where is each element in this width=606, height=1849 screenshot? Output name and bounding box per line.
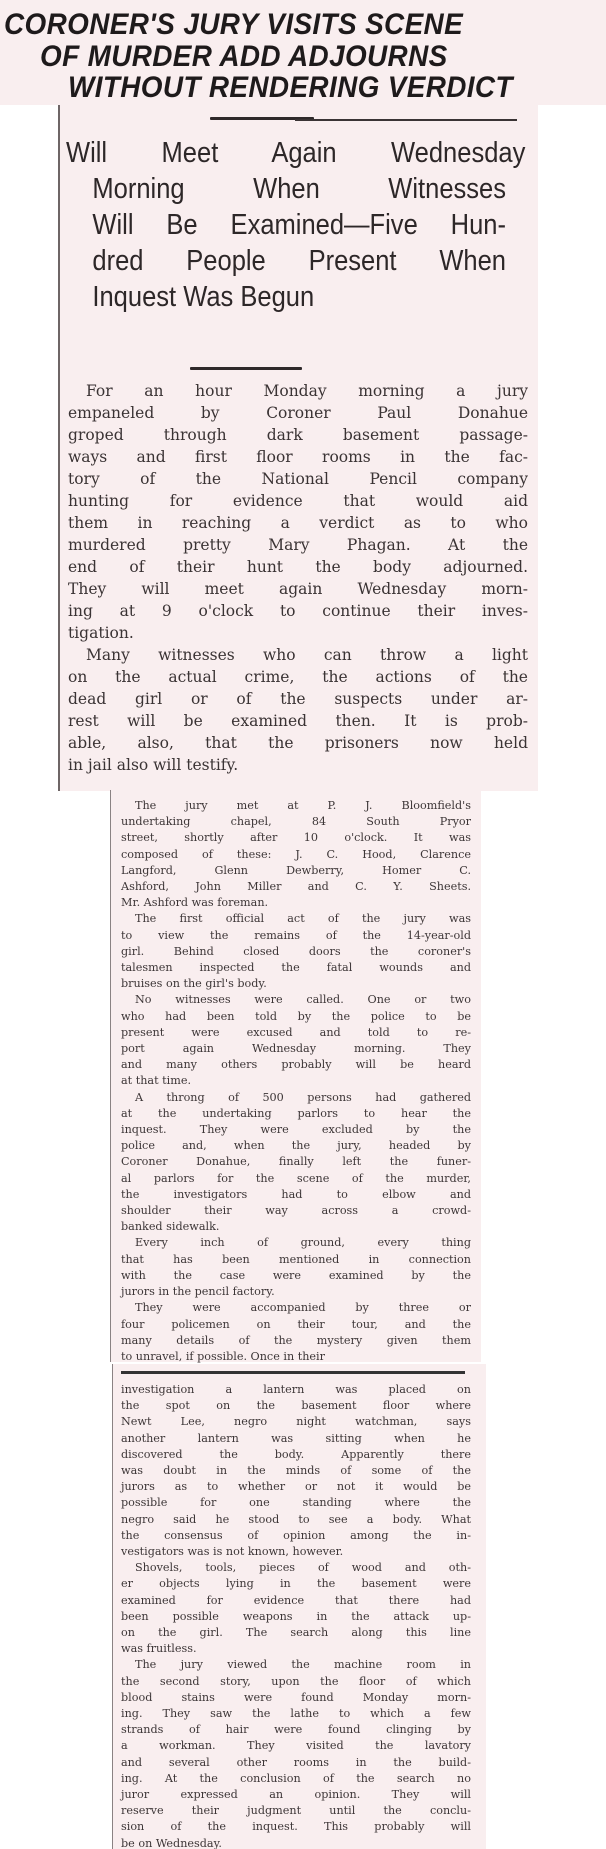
text-line: bruises on the girl's body. bbox=[121, 976, 471, 992]
text-line: The jury viewed the machine room in bbox=[121, 1657, 471, 1673]
text-line: in jail also will testify. bbox=[68, 754, 528, 776]
text-line: the spot on the basement floor where bbox=[121, 1398, 471, 1414]
text-line: ing. At the conclusion of the search no bbox=[121, 1771, 471, 1787]
text-line: negro said he stood to see a body. What bbox=[121, 1512, 471, 1528]
text-line: on the actual crime, the actions of the bbox=[68, 666, 528, 688]
text-line: banked sidewalk. bbox=[121, 1219, 471, 1235]
text-line: juror expressed an opinion. They will bbox=[121, 1787, 471, 1803]
text-line: jurors as to whether or not it would be bbox=[121, 1479, 471, 1495]
text-line: and several other rooms in the build- bbox=[121, 1755, 471, 1771]
text-line: Langford, Glenn Dewberry, Homer C. bbox=[121, 863, 471, 879]
article-paragraph: The jury viewed the machine room inthe s… bbox=[121, 1657, 471, 1849]
text-line: composed of these: J. C. Hood, Clarence bbox=[121, 847, 471, 863]
text-line: who had been told by the police to be bbox=[121, 1009, 471, 1025]
text-line: jurors in the pencil factory. bbox=[121, 1284, 471, 1300]
text-line: many details of the mystery given them bbox=[121, 1333, 471, 1349]
subheadline-deck: Will Meet Again Wednesday Morning When W… bbox=[66, 135, 526, 315]
deck-line: dred People Present When bbox=[66, 243, 506, 279]
text-line: four policemen on their tour, and the bbox=[121, 1317, 471, 1333]
text-line: Ashford, John Miller and C. Y. Sheets. bbox=[121, 879, 471, 895]
article-body-continued: The jury met at P. J. Bloomfield'sundert… bbox=[121, 798, 471, 1365]
column-rule bbox=[121, 1371, 465, 1374]
text-line: tory of the National Pencil company bbox=[68, 468, 528, 490]
text-line: discovered the body. Apparently there bbox=[121, 1447, 471, 1463]
article-paragraph: Many witnesses who can throw a lighton t… bbox=[68, 644, 528, 776]
text-line: They will meet again Wednesday morn- bbox=[68, 578, 528, 600]
text-line: The first official act of the jury was bbox=[121, 911, 471, 927]
text-line: sion of the inquest. This probably will bbox=[121, 1819, 471, 1835]
text-line: end of their hunt the body adjourned. bbox=[68, 556, 528, 578]
text-line: police and, when the jury, headed by bbox=[121, 1138, 471, 1154]
text-line: another lantern was sitting when he bbox=[121, 1431, 471, 1447]
text-line: investigation a lantern was placed on bbox=[121, 1382, 471, 1398]
text-line: undertaking chapel, 84 South Pryor bbox=[121, 814, 471, 830]
text-line: dead girl or of the suspects under ar- bbox=[68, 688, 528, 710]
text-line: Coroner Donahue, finally left the funer- bbox=[121, 1154, 471, 1170]
text-line: the consensus of opinion among the in- bbox=[121, 1528, 471, 1544]
text-line: was doubt in the minds of some of the bbox=[121, 1463, 471, 1479]
text-line: that has been mentioned in connection bbox=[121, 1252, 471, 1268]
text-line: to view the remains of the 14-year-old bbox=[121, 928, 471, 944]
text-line: ways and first floor rooms in the fac- bbox=[68, 446, 528, 468]
text-line: Every inch of ground, every thing bbox=[121, 1235, 471, 1251]
text-line: be on Wednesday. bbox=[121, 1836, 471, 1849]
column-clipping-3: investigation a lantern was placed onthe… bbox=[112, 1364, 486, 1849]
headline-line: OF MURDER ADD ADJOURNS bbox=[40, 40, 448, 74]
article-paragraph: A throng of 500 persons had gatheredat t… bbox=[121, 1090, 471, 1236]
text-line: rest will be examined then. It is prob- bbox=[68, 710, 528, 732]
article-paragraph: The first official act of the jury wasto… bbox=[121, 911, 471, 992]
article-paragraph: Shovels, tools, pieces of wood and oth-e… bbox=[121, 1560, 471, 1657]
text-line: empaneled by Coroner Paul Donahue bbox=[68, 402, 528, 424]
text-line: reserve their judgment until the conclu- bbox=[121, 1803, 471, 1819]
text-line: al parlors for the scene of the murder, bbox=[121, 1171, 471, 1187]
text-line: inquest. They were excluded by the bbox=[121, 1122, 471, 1138]
article-paragraph: Every inch of ground, every thingthat ha… bbox=[121, 1235, 471, 1300]
text-line: vestigators was is not known, however. bbox=[121, 1544, 471, 1560]
article-paragraph: investigation a lantern was placed onthe… bbox=[121, 1382, 471, 1560]
text-line: on the girl. The search along this line bbox=[121, 1625, 471, 1641]
headline-underline bbox=[295, 119, 517, 121]
lead-clipping: Will Meet Again Wednesday Morning When W… bbox=[58, 105, 538, 791]
text-line: groped through dark basement passage- bbox=[68, 424, 528, 446]
text-line: was fruitless. bbox=[121, 1641, 471, 1657]
article-body-final: investigation a lantern was placed onthe… bbox=[121, 1382, 471, 1849]
text-line: a workman. They visited the lavatory bbox=[121, 1738, 471, 1754]
deck-line: Inquest Was Begun bbox=[66, 279, 506, 315]
article-paragraph: No witnesses were called. One or twowho … bbox=[121, 992, 471, 1089]
column-clipping-2: The jury met at P. J. Bloomfield'sundert… bbox=[110, 790, 481, 1362]
text-line: Mr. Ashford was foreman. bbox=[121, 895, 471, 911]
text-line: port again Wednesday morning. They bbox=[121, 1041, 471, 1057]
text-line: been possible weapons in the attack up- bbox=[121, 1609, 471, 1625]
text-line: The jury met at P. J. Bloomfield's bbox=[121, 798, 471, 814]
text-line: able, also, that the prisoners now held bbox=[68, 732, 528, 754]
divider-rule bbox=[190, 367, 302, 370]
text-line: and many others probably will be heard bbox=[121, 1057, 471, 1073]
article-body-lead: For an hour Monday morning a juryempanel… bbox=[68, 380, 528, 776]
text-line: tigation. bbox=[68, 622, 528, 644]
text-line: the investigators had to elbow and bbox=[121, 1187, 471, 1203]
text-line: No witnesses were called. One or two bbox=[121, 992, 471, 1008]
text-line: A throng of 500 persons had gathered bbox=[121, 1090, 471, 1106]
deck-line: Will Meet Again Wednesday bbox=[66, 135, 525, 171]
text-line: hunting for evidence that would aid bbox=[68, 490, 528, 512]
deck-line: Will Be Examined—Five Hun- bbox=[66, 207, 506, 243]
text-line: examined for evidence that there had bbox=[121, 1593, 471, 1609]
text-line: shoulder their way across a crowd- bbox=[121, 1203, 471, 1219]
text-line: ing at 9 o'clock to continue their inves… bbox=[68, 600, 528, 622]
text-line: at the undertaking parlors to hear the bbox=[121, 1106, 471, 1122]
article-paragraph: The jury met at P. J. Bloomfield'sundert… bbox=[121, 798, 471, 911]
text-line: For an hour Monday morning a jury bbox=[68, 380, 528, 402]
text-line: ing. They saw the lathe to which a few bbox=[121, 1706, 471, 1722]
text-line: blood stains were found Monday morn- bbox=[121, 1690, 471, 1706]
text-line: girl. Behind closed doors the coroner's bbox=[121, 944, 471, 960]
text-line: possible for one standing where the bbox=[121, 1495, 471, 1511]
text-line: Newt Lee, negro night watchman, says bbox=[121, 1414, 471, 1430]
headline-line: CORONER'S JURY VISITS SCENE bbox=[4, 8, 463, 42]
text-line: the second story, upon the floor of whic… bbox=[121, 1674, 471, 1690]
text-line: at that time. bbox=[121, 1073, 471, 1089]
article-paragraph: For an hour Monday morning a juryempanel… bbox=[68, 380, 528, 644]
text-line: Shovels, tools, pieces of wood and oth- bbox=[121, 1560, 471, 1576]
text-line: They were accompanied by three or bbox=[121, 1300, 471, 1316]
text-line: to unravel, if possible. Once in their bbox=[121, 1349, 471, 1365]
text-line: present were excused and told to re- bbox=[121, 1025, 471, 1041]
deck-line: Morning When Witnesses bbox=[66, 171, 506, 207]
headline-line: WITHOUT RENDERING VERDICT bbox=[68, 71, 513, 105]
text-line: talesmen inspected the fatal wounds and bbox=[121, 960, 471, 976]
text-line: them in reaching a verdict as to who bbox=[68, 512, 528, 534]
headline-clipping: CORONER'S JURY VISITS SCENE OF MURDER AD… bbox=[0, 0, 606, 105]
text-line: street, shortly after 10 o'clock. It was bbox=[121, 830, 471, 846]
text-line: Many witnesses who can throw a light bbox=[68, 644, 528, 666]
text-line: er objects lying in the basement were bbox=[121, 1576, 471, 1592]
text-line: murdered pretty Mary Phagan. At the bbox=[68, 534, 528, 556]
text-line: strands of hair were found clinging by bbox=[121, 1722, 471, 1738]
text-line: with the case were examined by the bbox=[121, 1268, 471, 1284]
article-paragraph: They were accompanied by three orfour po… bbox=[121, 1300, 471, 1365]
